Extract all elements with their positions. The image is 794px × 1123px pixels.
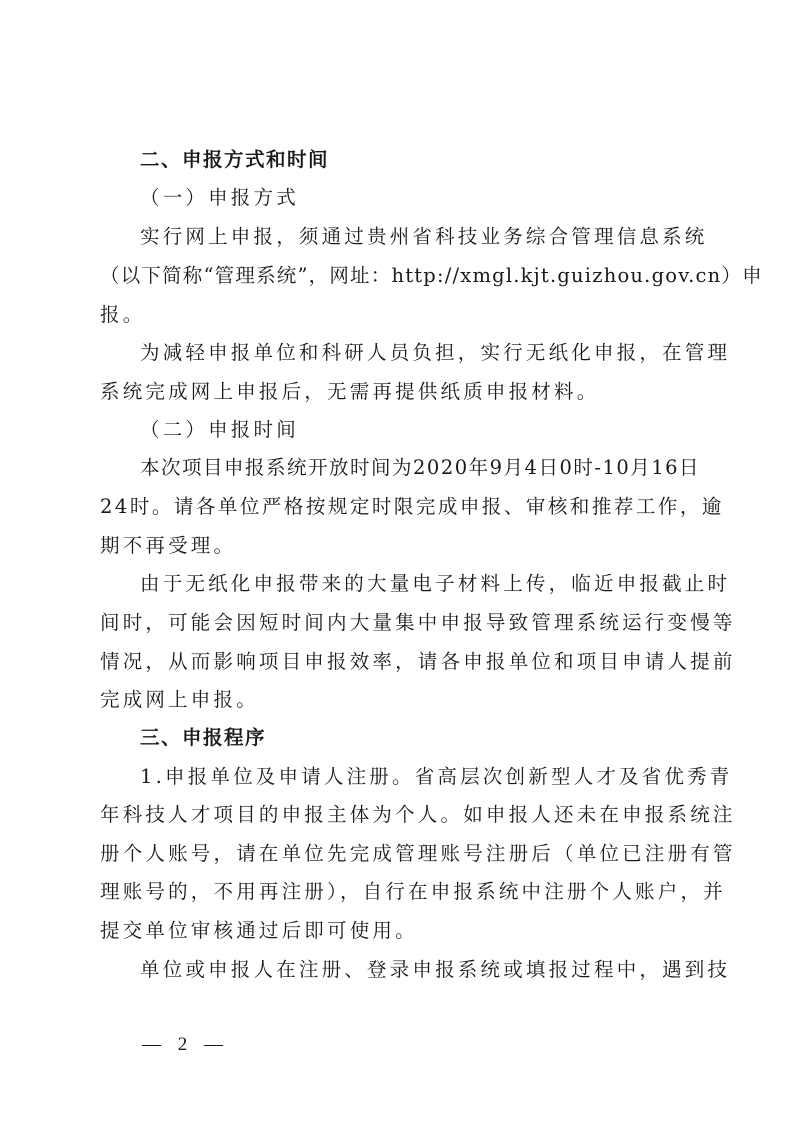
- paragraph-line: 系统完成网上申报后，无需再提供纸质申报材料。: [100, 380, 700, 404]
- paragraph-line: 期不再受理。: [100, 534, 700, 558]
- paragraph-line: 24时。请各单位严格按规定时限完成申报、审核和推荐工作，逾: [100, 495, 700, 519]
- paragraph-line: 间时，可能会因短时间内大量集中申报导致管理系统运行变慢等: [100, 611, 700, 635]
- paragraph-line: 1.申报单位及申请人注册。省高层次创新型人才及省优秀青: [140, 765, 700, 789]
- paragraph-line: 报。: [100, 303, 700, 327]
- paragraph-line: 实行网上申报，须通过贵州省科技业务综合管理信息系统: [140, 225, 700, 249]
- subsection-heading-1: （一）申报方式: [140, 186, 740, 210]
- paragraph-line: 理账号的，不用再注册），自行在申报系统中注册个人账户，并: [100, 880, 700, 904]
- paragraph-line: 年科技人才项目的申报主体为个人。如申报人还未在申报系统注: [100, 803, 700, 827]
- paragraph-line: 为减轻申报单位和科研人员负担，实行无纸化申报，在管理: [140, 341, 700, 365]
- paragraph-line: 本次项目申报系统开放时间为2020年9月4日0时-10月16日: [140, 456, 700, 480]
- section-heading-3: 三、申报程序: [140, 726, 740, 750]
- paragraph-line: （以下简称“管理系统”，网址：http://xmgl.kjt.guizhou.g…: [100, 264, 700, 288]
- paragraph-line: 册个人账号，请在单位先完成管理账号注册后（单位已注册有管: [100, 842, 700, 866]
- paragraph-line: 提交单位审核通过后即可使用。: [100, 919, 700, 943]
- paragraph-line: 单位或申报人在注册、登录申报系统或填报过程中，遇到技: [140, 958, 700, 982]
- paragraph-line: 完成网上申报。: [100, 688, 700, 712]
- paragraph-line: 情况，从而影响项目申报效率，请各申报单位和项目申请人提前: [100, 650, 700, 674]
- page-number: — 2 —: [142, 1034, 229, 1056]
- section-heading-2: 二、申报方式和时间: [140, 148, 740, 172]
- subsection-heading-2: （二）申报时间: [140, 418, 740, 442]
- paragraph-line: 由于无纸化申报带来的大量电子材料上传，临近申报截止时: [140, 572, 700, 596]
- document-page: 二、申报方式和时间 （一）申报方式 实行网上申报，须通过贵州省科技业务综合管理信…: [0, 0, 794, 1123]
